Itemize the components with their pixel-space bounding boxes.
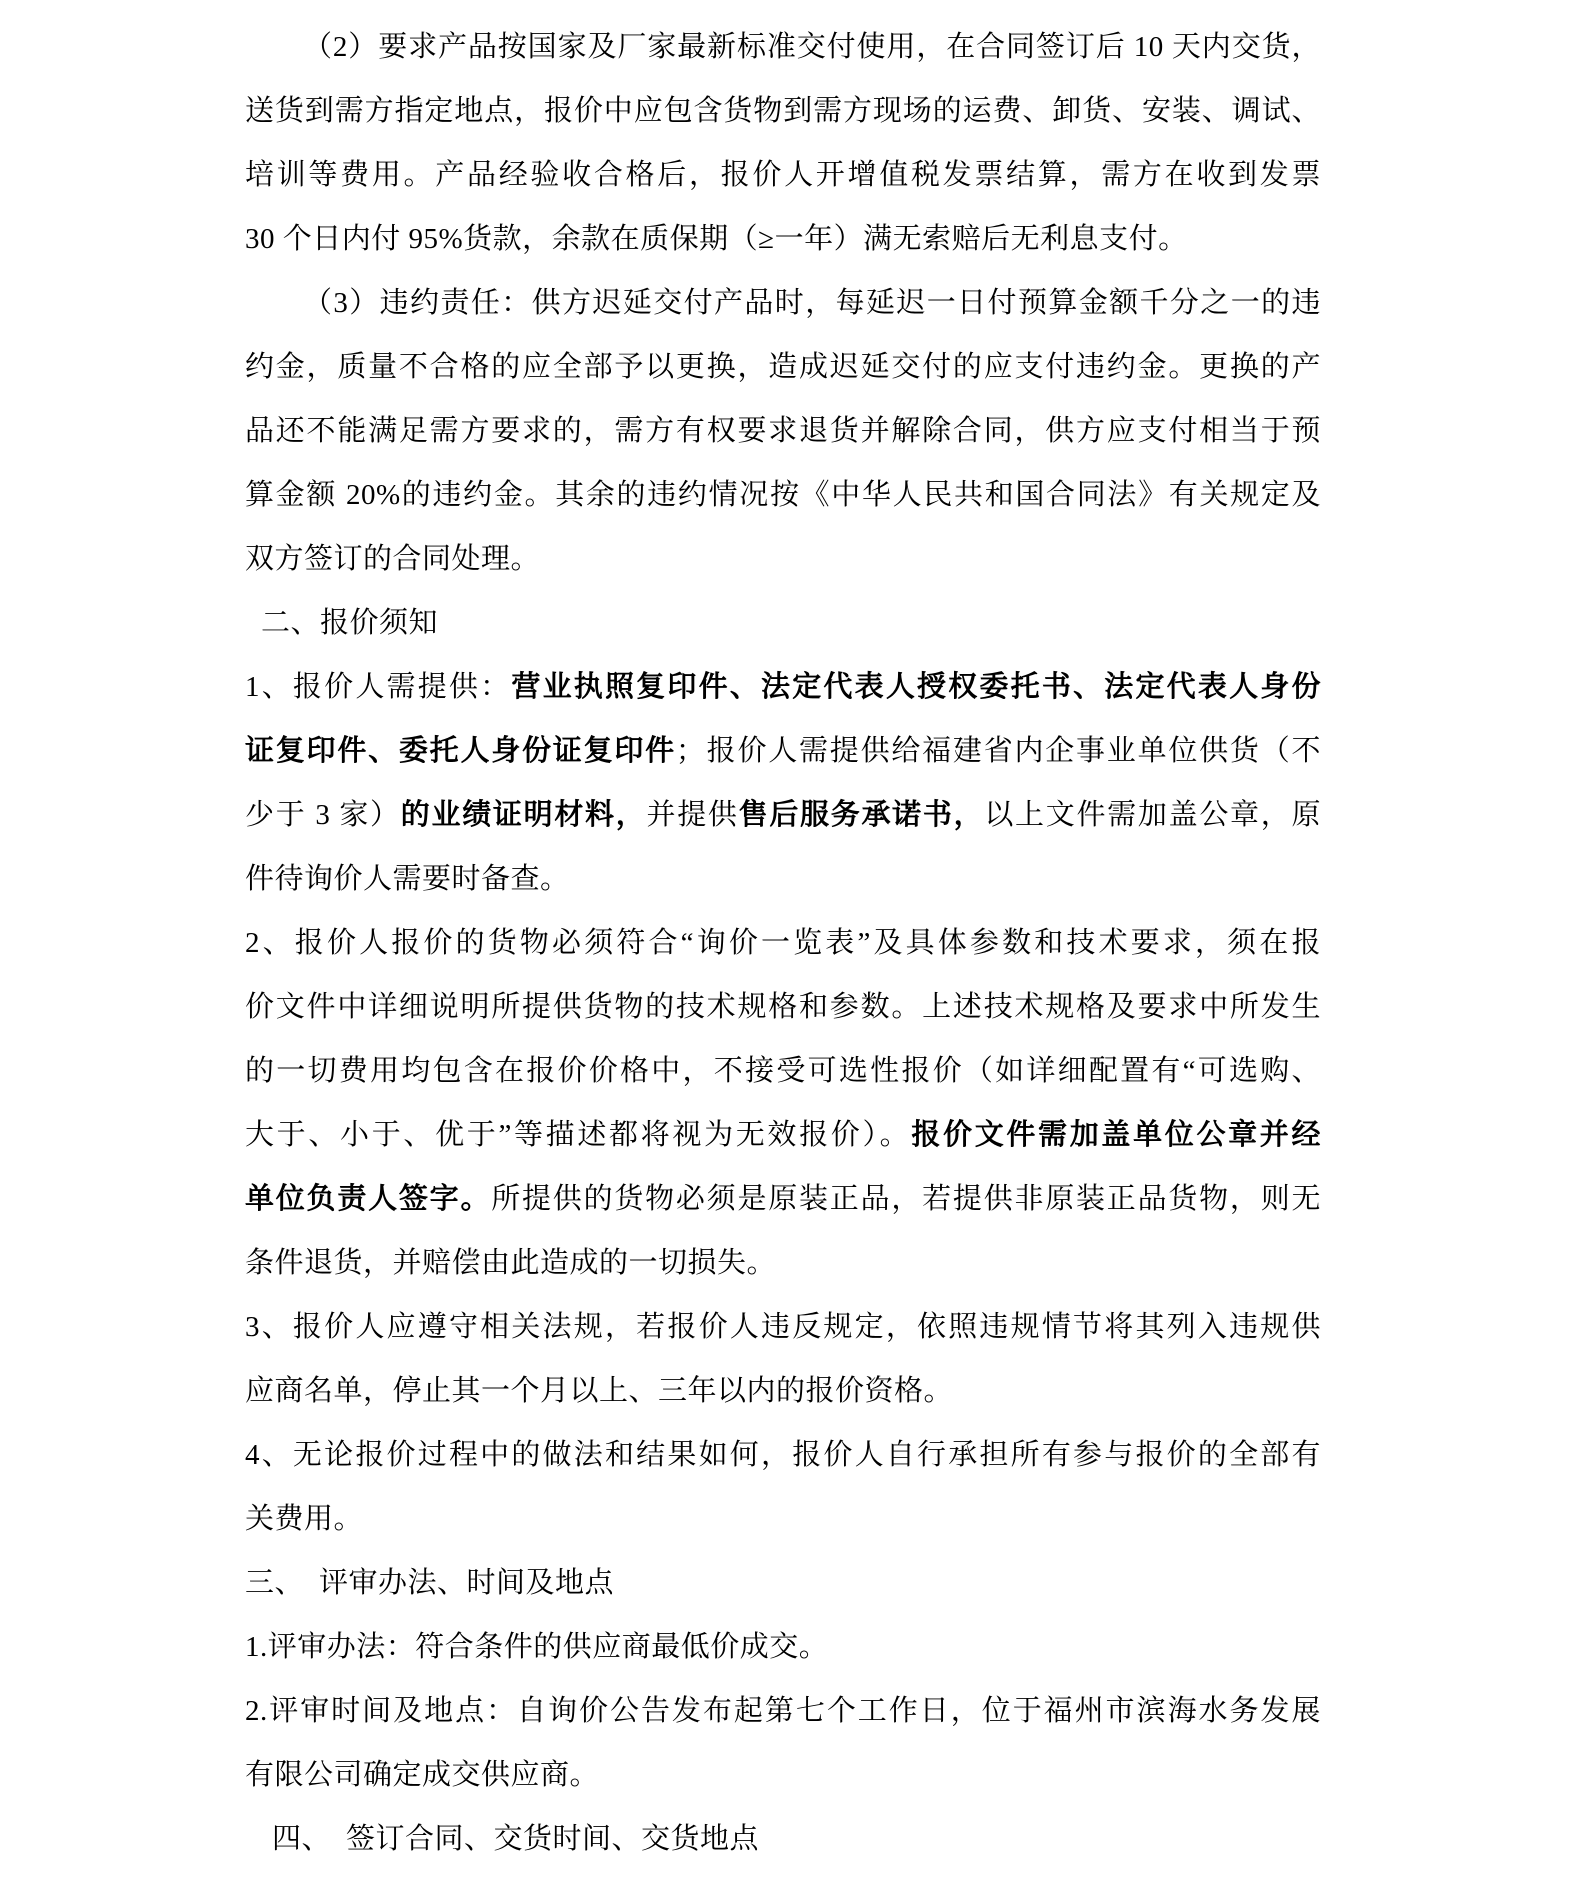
text-segment: 2.评审时间及地点：自询价公告发布起第七个工作日，位于福州市滨海水务发展 — [245, 1695, 1321, 1727]
item-2-line: 单位负责人签字。所提供的货物必须是原装正品，若提供非原装正品货物，则无 — [245, 1167, 1321, 1231]
text-segment: 关费用。 — [245, 1503, 363, 1535]
text-segment: 的一切费用均包含在报价价格中，不接受可选性报价（如详细配置有“可选购、 — [245, 1055, 1321, 1087]
text-segment: 算金额 20%的违约金。其余的违约情况按《中华人民共和国合同法》有关规定及 — [245, 479, 1321, 511]
item-1-line: 少于 3 家）的业绩证明材料，并提供售后服务承诺书，以上文件需加盖公章，原 — [245, 783, 1321, 847]
document-page: { "page": { "background_color": "#ffffff… — [0, 0, 1584, 1892]
text-segment: 以上文件需加盖公章，原 — [984, 799, 1321, 831]
text-segment: 3、报价人应遵守相关法规，若报价人违反规定，依照违规情节将其列入违规供 — [245, 1311, 1321, 1343]
evaluation-time-line: 有限公司确定成交供应商。 — [245, 1743, 1321, 1807]
bold-text-segment: 售后服务承诺书， — [739, 799, 985, 831]
text-segment: 二、报价须知 — [261, 607, 438, 639]
item-1-line: 1、报价人需提供：营业执照复印件、法定代表人授权委托书、法定代表人身份 — [245, 655, 1321, 719]
text-segment: （2）要求产品按国家及厂家最新标准交付使用，在合同签订后 10 天内交货， — [303, 31, 1321, 63]
section-heading-quotation-notes: 二、报价须知 — [245, 591, 1321, 655]
section-heading-contract: 四、 签订合同、交货时间、交货地点 — [245, 1807, 1321, 1871]
text-segment: 1、报价人需提供： — [245, 671, 511, 703]
text-segment: 送货到需方指定地点，报价中应包含货物到需方现场的运费、卸货、安装、调试、 — [245, 95, 1321, 127]
clause-2-line: 30 个日内付 95%货款，余款在质保期（≥一年）满无索赔后无利息支付。 — [245, 207, 1321, 271]
text-segment: 所提供的货物必须是原装正品，若提供非原装正品货物，则无 — [491, 1183, 1321, 1215]
clause-3-line: 算金额 20%的违约金。其余的违约情况按《中华人民共和国合同法》有关规定及 — [245, 463, 1321, 527]
text-segment: 条件退货，并赔偿由此造成的一切损失。 — [245, 1247, 776, 1279]
bold-text-segment: 报价文件需加盖单位公章并经 — [911, 1119, 1321, 1151]
clause-2-line: （2）要求产品按国家及厂家最新标准交付使用，在合同签订后 10 天内交货， — [245, 15, 1321, 79]
clause-2-line: 送货到需方指定地点，报价中应包含货物到需方现场的运费、卸货、安装、调试、 — [245, 79, 1321, 143]
bold-text-segment: 证复印件、委托人身份证复印件 — [245, 735, 676, 767]
text-segment: 约金，质量不合格的应全部予以更换，造成迟延交付的应支付违约金。更换的产 — [245, 351, 1321, 383]
item-2-line: 条件退货，并赔偿由此造成的一切损失。 — [245, 1231, 1321, 1295]
item-2-line: 2、报价人报价的货物必须符合“询价一览表”及具体参数和技术要求，须在报 — [245, 911, 1321, 975]
document-body: （2）要求产品按国家及厂家最新标准交付使用，在合同签订后 10 天内交货，送货到… — [245, 15, 1321, 1871]
bold-text-segment: 营业执照复印件、法定代表人授权委托书、法定代表人身份 — [511, 671, 1321, 703]
text-segment: 4、无论报价过程中的做法和结果如何，报价人自行承担所有参与报价的全部有 — [245, 1439, 1321, 1471]
item-4-line: 4、无论报价过程中的做法和结果如何，报价人自行承担所有参与报价的全部有 — [245, 1423, 1321, 1487]
evaluation-time-line: 2.评审时间及地点：自询价公告发布起第七个工作日，位于福州市滨海水务发展 — [245, 1679, 1321, 1743]
text-segment: 培训等费用。产品经验收合格后，报价人开增值税发票结算，需方在收到发票 — [245, 159, 1321, 191]
text-segment: 品还不能满足需方要求的，需方有权要求退货并解除合同，供方应支付相当于预 — [245, 415, 1321, 447]
evaluation-method-line: 1.评审办法：符合条件的供应商最低价成交。 — [245, 1615, 1321, 1679]
bold-text-segment: 的业绩证明材料， — [401, 799, 647, 831]
text-segment: 大于、小于、优于”等描述都将视为无效报价）。 — [245, 1119, 911, 1151]
item-1-line: 证复印件、委托人身份证复印件；报价人需提供给福建省内企事业单位供货（不 — [245, 719, 1321, 783]
item-4-line: 关费用。 — [245, 1487, 1321, 1551]
text-segment: 30 个日内付 95%货款，余款在质保期（≥一年）满无索赔后无利息支付。 — [245, 223, 1188, 255]
text-segment: 价文件中详细说明所提供货物的技术规格和参数。上述技术规格及要求中所发生 — [245, 991, 1321, 1023]
text-segment: ；报价人需提供给福建省内企事业单位供货（不 — [676, 735, 1321, 767]
text-segment: 有限公司确定成交供应商。 — [245, 1759, 599, 1791]
text-segment: 三、 评审办法、时间及地点 — [245, 1567, 614, 1599]
text-segment: 1.评审办法：符合条件的供应商最低价成交。 — [245, 1631, 828, 1663]
item-2-line: 的一切费用均包含在报价价格中，不接受可选性报价（如详细配置有“可选购、 — [245, 1039, 1321, 1103]
item-2-line: 价文件中详细说明所提供货物的技术规格和参数。上述技术规格及要求中所发生 — [245, 975, 1321, 1039]
text-segment: 并提供 — [646, 799, 738, 831]
clause-3-line: 约金，质量不合格的应全部予以更换，造成迟延交付的应支付违约金。更换的产 — [245, 335, 1321, 399]
text-segment: 2、报价人报价的货物必须符合“询价一览表”及具体参数和技术要求，须在报 — [245, 927, 1321, 959]
bold-text-segment: 单位负责人签字。 — [245, 1183, 491, 1215]
text-segment: 少于 3 家） — [245, 799, 401, 831]
text-segment: 四、 签订合同、交货时间、交货地点 — [272, 1823, 759, 1855]
item-2-line: 大于、小于、优于”等描述都将视为无效报价）。报价文件需加盖单位公章并经 — [245, 1103, 1321, 1167]
clause-3-line: 双方签订的合同处理。 — [245, 527, 1321, 591]
clause-2-line: 培训等费用。产品经验收合格后，报价人开增值税发票结算，需方在收到发票 — [245, 143, 1321, 207]
clause-3-line: 品还不能满足需方要求的，需方有权要求退货并解除合同，供方应支付相当于预 — [245, 399, 1321, 463]
clause-3-line: （3）违约责任：供方迟延交付产品时，每延迟一日付预算金额千分之一的违 — [245, 271, 1321, 335]
section-heading-evaluation: 三、 评审办法、时间及地点 — [245, 1551, 1321, 1615]
text-segment: 双方签订的合同处理。 — [245, 543, 540, 575]
text-segment: 应商名单，停止其一个月以上、三年以内的报价资格。 — [245, 1375, 953, 1407]
item-3-line: 3、报价人应遵守相关法规，若报价人违反规定，依照违规情节将其列入违规供 — [245, 1295, 1321, 1359]
text-segment: 件待询价人需要时备查。 — [245, 863, 570, 895]
text-segment: （3）违约责任：供方迟延交付产品时，每延迟一日付预算金额千分之一的违 — [303, 287, 1321, 319]
item-1-line: 件待询价人需要时备查。 — [245, 847, 1321, 911]
item-3-line: 应商名单，停止其一个月以上、三年以内的报价资格。 — [245, 1359, 1321, 1423]
